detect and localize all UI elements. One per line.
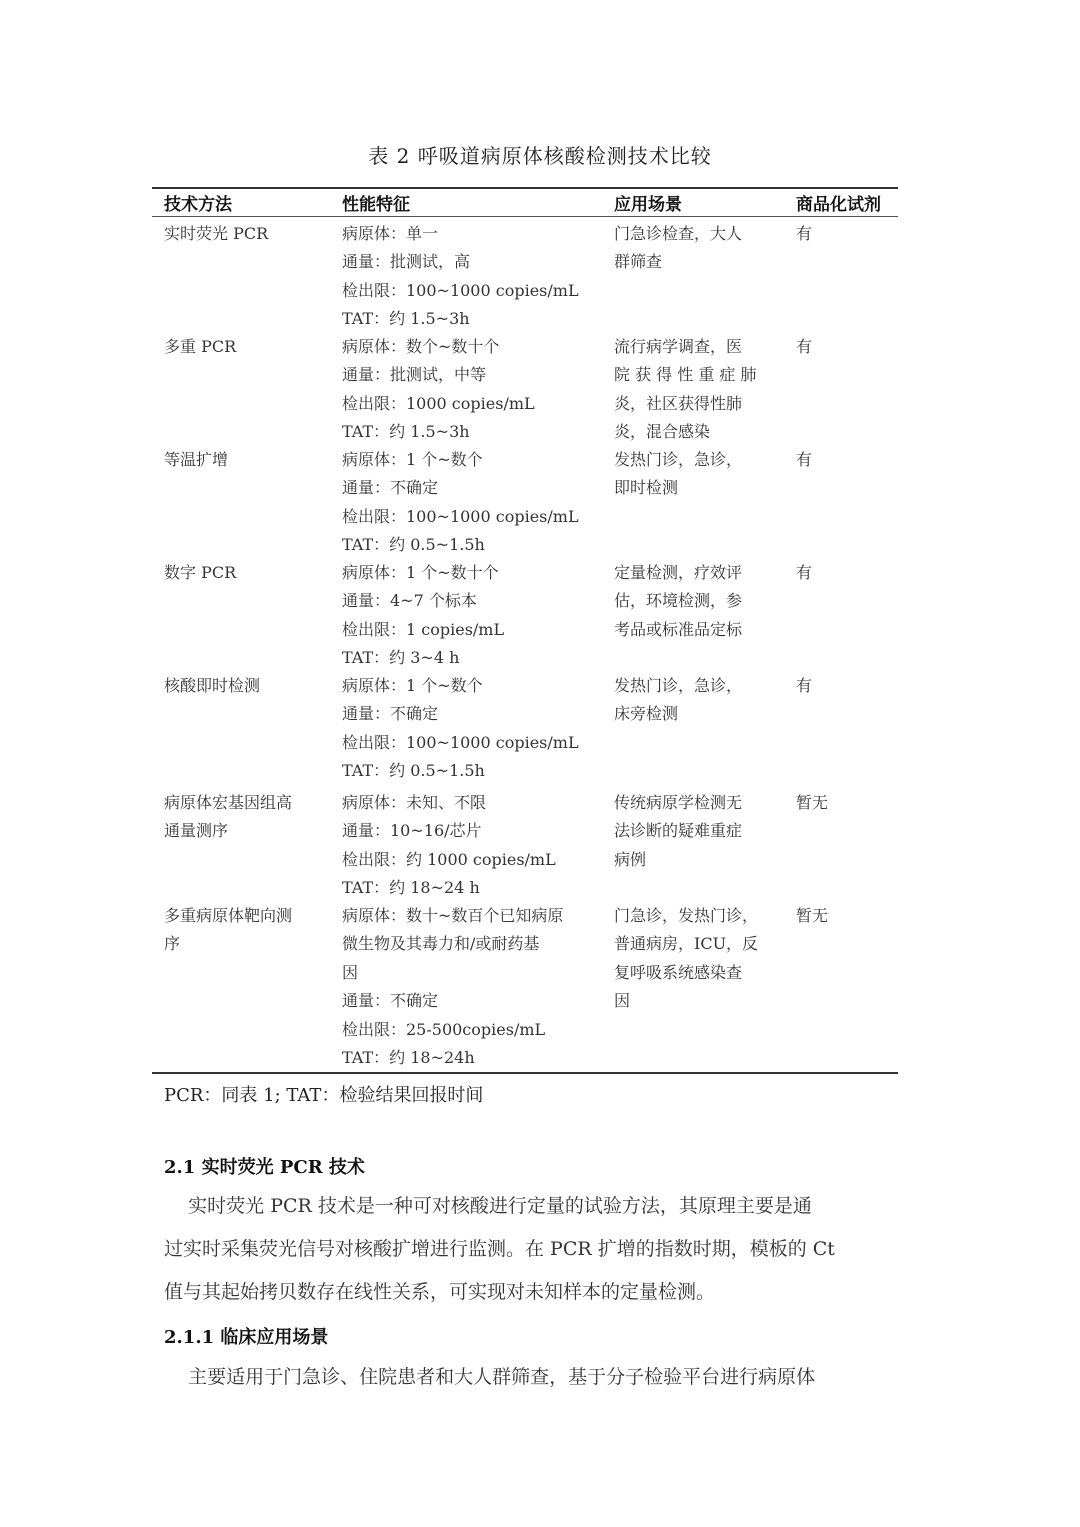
cell-method: 等温扩增: [164, 446, 228, 474]
cell-method: 通量测序: [164, 817, 228, 845]
cell-feature: 病原体：单一: [342, 220, 438, 248]
cell-scenario: 床旁检测: [614, 700, 678, 728]
cell-feature: 病原体：1 个~数十个: [342, 559, 499, 587]
cell-reagent: 有: [796, 333, 812, 361]
cell-feature: TAT：约 0.5~1.5h: [342, 531, 485, 559]
cell-scenario: 普通病房，ICU，反: [614, 930, 758, 958]
cell-scenario: 复呼吸系统感染查: [614, 959, 742, 987]
cell-scenario: 流行病学调查，医: [614, 333, 742, 361]
cell-feature: 检出限：1 copies/mL: [342, 616, 504, 644]
cell-feature: 检出限：1000 copies/mL: [342, 390, 535, 418]
subsection-heading: 2.1.1 临床应用场景: [164, 1323, 328, 1349]
cell-feature: 通量：批测试，中等: [342, 361, 486, 389]
column-header-method: 技术方法: [164, 190, 232, 215]
cell-scenario: 炎，混合感染: [614, 418, 710, 446]
cell-method: 多重病原体靶向测: [164, 902, 292, 930]
cell-reagent: 有: [796, 672, 812, 700]
cell-feature: 病原体：1 个~数个: [342, 446, 483, 474]
section-heading: 2.1 实时荧光 PCR 技术: [164, 1153, 365, 1179]
cell-method: 病原体宏基因组高: [164, 789, 292, 817]
cell-reagent: 暂无: [796, 789, 828, 817]
cell-feature: TAT：约 0.5~1.5h: [342, 757, 485, 785]
cell-scenario: 法诊断的疑难重症: [614, 817, 742, 845]
cell-method: 核酸即时检测: [164, 672, 260, 700]
cell-scenario: 传统病原学检测无: [614, 789, 742, 817]
cell-reagent: 暂无: [796, 902, 828, 930]
cell-method: 多重 PCR: [164, 333, 236, 361]
cell-scenario: 即时检测: [614, 474, 678, 502]
table-caption: 表 2 呼吸道病原体核酸检测技术比较: [0, 140, 1080, 169]
cell-scenario: 门急诊检查，大人: [614, 220, 742, 248]
column-header-features: 性能特征: [342, 190, 410, 215]
cell-feature: 检出限：100~1000 copies/mL: [342, 503, 579, 531]
cell-feature: TAT：约 1.5~3h: [342, 418, 470, 446]
cell-scenario: 估，环境检测，参: [614, 587, 742, 615]
table-header-rule: [152, 216, 898, 217]
cell-feature: 病原体：数十~数百个已知病原: [342, 902, 563, 930]
cell-scenario: 因: [614, 987, 630, 1015]
cell-method: 数字 PCR: [164, 559, 236, 587]
cell-feature: 通量：10~16/芯片: [342, 817, 482, 845]
paragraph-line: 实时荧光 PCR 技术是一种可对核酸进行定量的试验方法，其原理主要是通: [164, 1185, 924, 1228]
cell-feature: 病原体：1 个~数个: [342, 672, 483, 700]
cell-feature: TAT：约 3~4 h: [342, 644, 459, 672]
cell-scenario: 发热门诊，急诊，: [614, 446, 742, 474]
table-top-rule: [152, 187, 898, 189]
cell-feature: 检出限：25-500copies/mL: [342, 1016, 545, 1044]
table-footnote: PCR：同表 1; TAT：检验结果回报时间: [164, 1081, 483, 1107]
cell-reagent: 有: [796, 559, 812, 587]
cell-scenario: 考品或标准品定标: [614, 616, 742, 644]
cell-scenario: 定量检测，疗效评: [614, 559, 742, 587]
cell-feature: 检出限：100~1000 copies/mL: [342, 729, 579, 757]
cell-feature: 通量：批测试，高: [342, 248, 470, 276]
cell-feature: 通量：不确定: [342, 987, 438, 1015]
cell-feature: TAT：约 18~24h: [342, 1044, 475, 1072]
cell-method: 实时荧光 PCR: [164, 220, 268, 248]
paragraph-line: 过实时采集荧光信号对核酸扩增进行监测。在 PCR 扩增的指数时期，模板的 Ct: [164, 1228, 924, 1271]
cell-method: 序: [164, 930, 180, 958]
cell-reagent: 有: [796, 446, 812, 474]
paragraph-line: 主要适用于门急诊、住院患者和大人群筛查，基于分子检验平台进行病原体: [164, 1356, 924, 1399]
cell-feature: TAT：约 18~24 h: [342, 874, 480, 902]
cell-feature: 通量：4~7 个标本: [342, 587, 477, 615]
cell-reagent: 有: [796, 220, 812, 248]
cell-scenario: 炎，社区获得性肺: [614, 390, 742, 418]
section-paragraph: 实时荧光 PCR 技术是一种可对核酸进行定量的试验方法，其原理主要是通 过实时采…: [164, 1185, 924, 1314]
cell-feature: 因: [342, 959, 358, 987]
cell-feature: 病原体：未知、不限: [342, 789, 486, 817]
document-page: 表 2 呼吸道病原体核酸检测技术比较 技术方法 性能特征 应用场景 商品化试剂 …: [0, 0, 1080, 1527]
cell-scenario: 院 获 得 性 重 症 肺: [614, 361, 757, 389]
cell-feature: TAT：约 1.5~3h: [342, 305, 470, 333]
cell-feature: 检出限：100~1000 copies/mL: [342, 277, 579, 305]
cell-scenario: 病例: [614, 846, 646, 874]
cell-scenario: 群筛查: [614, 248, 662, 276]
cell-feature: 通量：不确定: [342, 474, 438, 502]
column-header-scenarios: 应用场景: [614, 190, 682, 215]
cell-feature: 检出限：约 1000 copies/mL: [342, 846, 556, 874]
table-bottom-rule: [152, 1072, 898, 1074]
cell-feature: 病原体：数个~数十个: [342, 333, 499, 361]
cell-feature: 微生物及其毒力和/或耐药基: [342, 930, 539, 958]
cell-scenario: 发热门诊，急诊，: [614, 672, 742, 700]
cell-scenario: 门急诊，发热门诊，: [614, 902, 758, 930]
cell-feature: 通量：不确定: [342, 700, 438, 728]
subsection-paragraph: 主要适用于门急诊、住院患者和大人群筛查，基于分子检验平台进行病原体: [164, 1356, 924, 1399]
column-header-reagent: 商品化试剂: [796, 190, 881, 215]
paragraph-line: 值与其起始拷贝数存在线性关系，可实现对未知样本的定量检测。: [164, 1271, 924, 1314]
